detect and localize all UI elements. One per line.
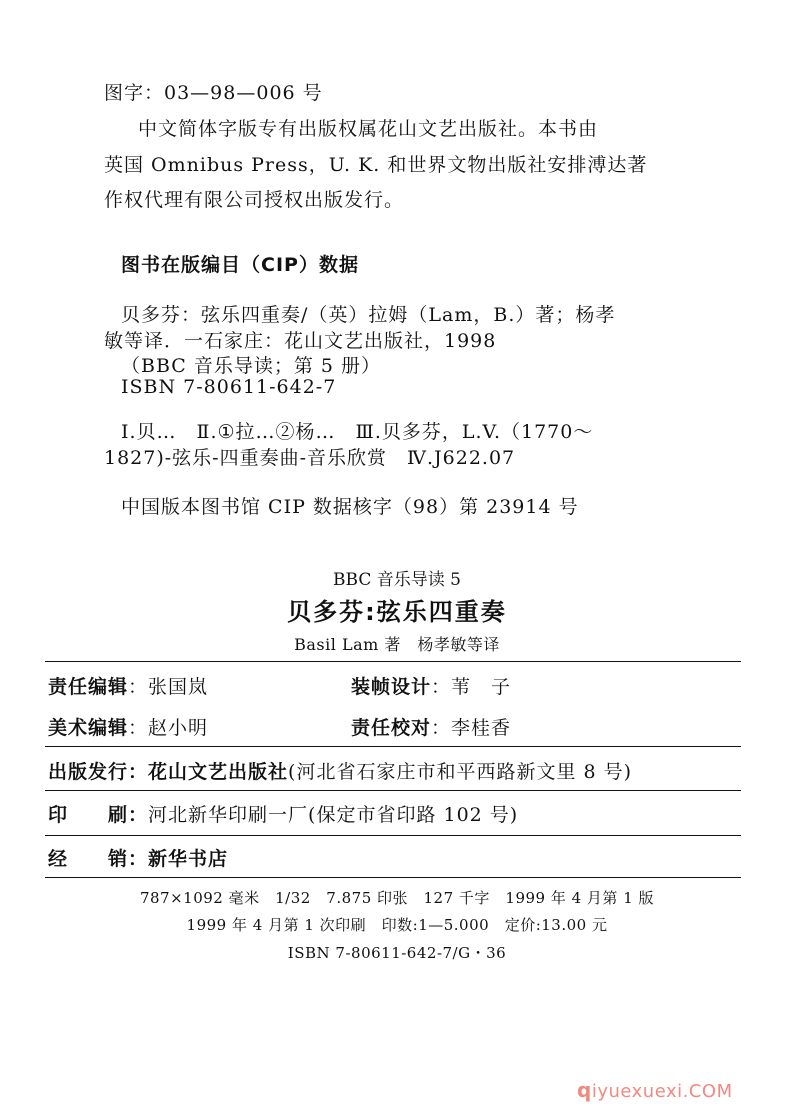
rule-divider [45,661,741,662]
specs-line-1: 787×1092 毫米 1/32 7.875 印张 127 千字 1999 年 … [0,887,794,908]
copyright-line-1: 中文简体字版专有出版权属花山文艺出版社。本书由 [138,114,598,141]
credit-value: 张国岚 [148,676,208,698]
credit-label: 装帧设计 [351,676,431,698]
credit-value: 赵小明 [148,717,208,739]
copyright-line-2: 英国 Omnibus Press，U. K. 和世界文物出版社安排溥达著 [104,150,647,177]
copyright-line-3: 作权代理有限公司授权出版发行。 [104,185,404,212]
registration-number: 图字：03—98—006 号 [104,78,323,105]
credit-value: 河北新华印刷一厂(保定市省印路 102 号) [148,804,518,826]
cip-entry-line-2: 敏等译．一石家庄：花山文艺出版社，1998 [104,326,496,353]
authors-line: Basil Lam 著 杨孝敏等译 [0,632,794,655]
watermark-logo: qiyuexuexi.COM [577,1078,733,1102]
credit-label: 责任编辑 [48,676,128,698]
rule-divider [45,835,741,836]
credit-label: 印 刷 [48,804,128,826]
series-title: BBC 音乐导读 5 [0,565,794,590]
rule-divider [45,746,741,747]
publisher-address: (河北省石家庄市和平西路新文里 8 号) [288,761,632,783]
rule-divider [45,790,741,791]
credit-label: 美术编辑 [48,717,128,739]
book-title: 贝多芬:弦乐四重奏 [0,592,794,627]
credit-publisher: 出版发行：花山文艺出版社(河北省石家庄市和平西路新文里 8 号) [48,757,632,784]
credit-proofreader: 责任校对：李桂香 [351,713,511,740]
specs-isbn: ISBN 7-80611-642-7/G・36 [0,942,794,963]
credit-label: 出版发行 [48,761,128,783]
credit-printer: 印 刷：河北新华印刷一厂(保定市省印路 102 号) [48,800,518,827]
watermark-text: iyuexuexi.COM [592,1081,733,1102]
cip-subject-line-1: Ⅰ.贝… Ⅱ.①拉…②杨… Ⅲ.贝多芬，L.V.（1770～ [121,417,593,444]
credit-value: 苇 子 [451,676,511,698]
cip-heading: 图书在版编目（CIP）数据 [121,250,359,277]
watermark-q-glyph: q [577,1078,592,1102]
credit-editor: 责任编辑：张国岚 [48,672,208,699]
credit-value: 新华书店 [148,848,228,870]
rule-divider [45,877,741,878]
credit-label: 经 销 [48,848,128,870]
cip-subject-line-2: 1827)-弦乐-四重奏曲-音乐欣赏 Ⅳ.J622.07 [104,443,515,470]
cip-series-line: （BBC 音乐导读；第 5 册） [121,351,381,378]
credit-value: 李桂香 [451,717,511,739]
credit-distributor: 经 销：新华书店 [48,844,228,871]
credit-art-editor: 美术编辑：赵小明 [48,713,208,740]
credit-label: 责任校对 [351,717,431,739]
cip-verification: 中国版本图书馆 CIP 数据核字（98）第 23914 号 [121,492,579,519]
cip-isbn-line: ISBN 7-80611-642-7 [121,376,336,398]
credit-design: 装帧设计：苇 子 [351,672,511,699]
cip-entry-line-1: 贝多芬：弦乐四重奏/（英）拉姆（Lam，B.）著；杨孝 [121,300,615,327]
specs-line-2: 1999 年 4 月第 1 次印刷 印数:1—5.000 定价:13.00 元 [0,914,794,935]
publisher-name: 花山文艺出版社 [148,761,288,783]
